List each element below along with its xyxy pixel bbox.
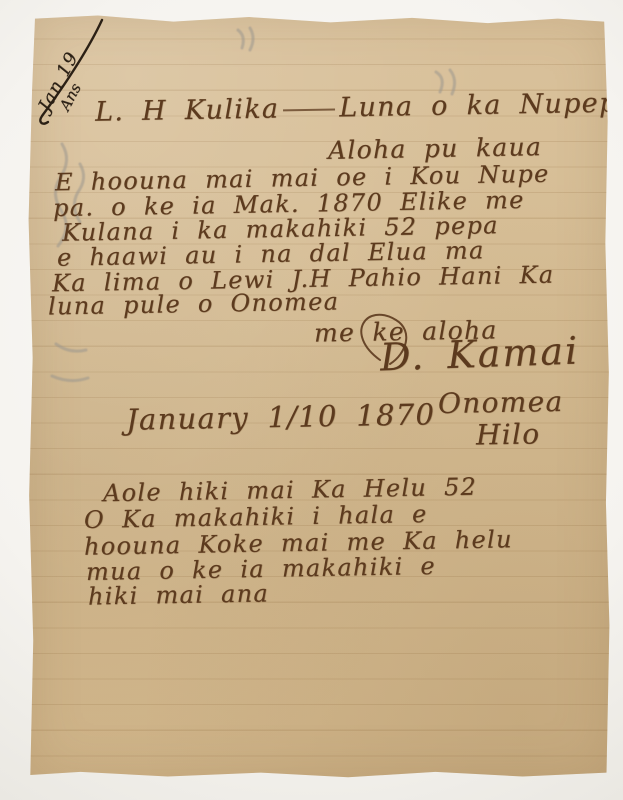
signature-place-hilo: Hilo [476,417,541,451]
postscript-line: hiki mai ana [88,579,269,610]
letter-paper: Jan 19 Ans L. H KulikaLuna o ka Nupepa A… [28,14,610,778]
date-line: January 1/10 1870 [126,397,436,436]
address-title: Luna o ka Nupepa [339,87,623,123]
signature-name: D. Kamai [379,329,580,380]
address-line: L. H KulikaLuna o ka Nupepa [95,87,623,127]
scan-backdrop: Jan 19 Ans L. H KulikaLuna o ka Nupepa A… [0,0,623,800]
pen-dash-stroke [283,109,335,112]
address-name: L. H Kulika [95,93,280,127]
signature-place-onomea: Onomea [438,385,564,420]
body-line: luna pule o Onomea [48,287,340,320]
corner-annotation: Jan 19 Ans [36,49,97,122]
